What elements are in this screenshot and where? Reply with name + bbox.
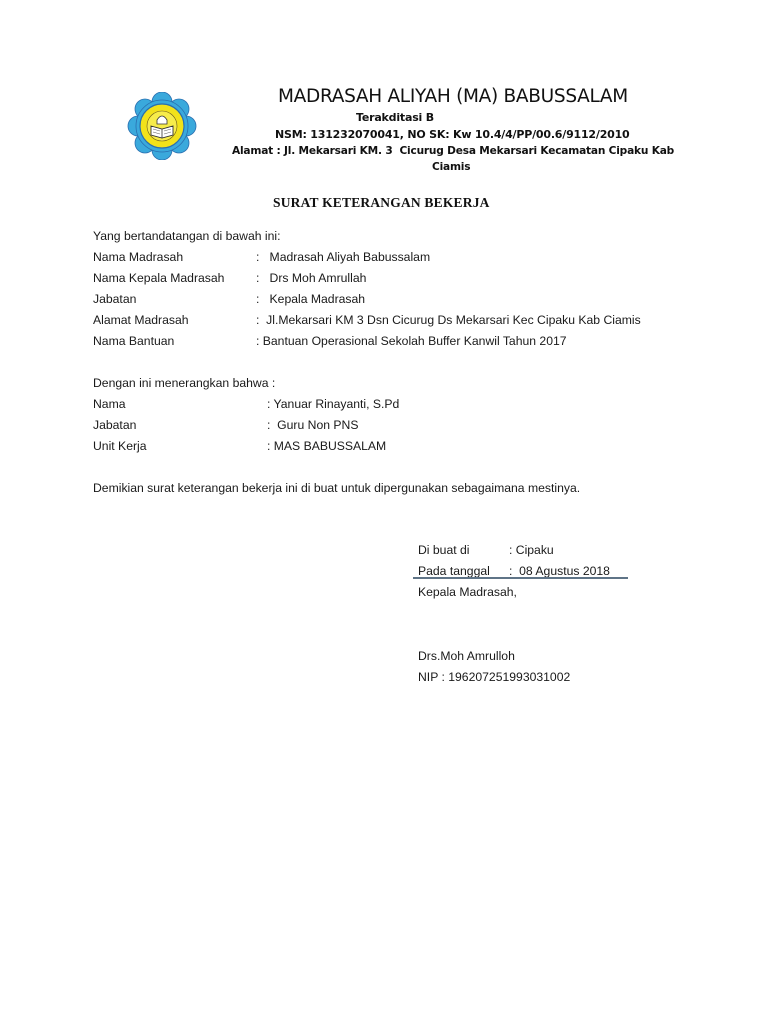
field-label: Nama [93, 397, 126, 411]
field-value: : Bantuan Operasional Sekolah Buffer Kan… [256, 334, 567, 348]
field-label: Nama Madrasah [93, 250, 183, 264]
intro-text: Yang bertandatangan di bawah ini: [93, 229, 280, 243]
field-value: : MAS BABUSSALAM [267, 439, 386, 453]
field-label: Jabatan [93, 292, 136, 306]
address-line-1: Alamat : Jl. Mekarsari KM. 3 Cicurug Des… [232, 145, 674, 157]
field-label: Alamat Madrasah [93, 313, 189, 327]
date-value: : 08 Agustus 2018 [509, 564, 610, 578]
field-value: : Kepala Madrasah [256, 292, 365, 306]
document-title: SURAT KETERANGAN BEKERJA [273, 195, 490, 211]
accreditation-text: Terakditasi B [356, 111, 434, 124]
field-label: Unit Kerja [93, 439, 147, 453]
field-value: : Yanuar Rinayanti, S.Pd [267, 397, 399, 411]
place-label: Di buat di [418, 543, 470, 557]
registration-text: NSM: 131232070041, NO SK: Kw 10.4/4/PP/0… [275, 128, 630, 141]
school-emblem-icon [126, 92, 198, 160]
school-name-heading: MADRASAH ALIYAH (MA) BABUSSALAM [278, 86, 628, 107]
field-label: Nama Kepala Madrasah [93, 271, 224, 285]
field-value: : Jl.Mekarsari KM 3 Dsn Cicurug Ds Mekar… [256, 313, 641, 327]
date-label: Pada tanggal [418, 564, 490, 578]
statement-intro: Dengan ini menerangkan bahwa : [93, 376, 275, 390]
field-value: : Guru Non PNS [267, 418, 358, 432]
date-underline [413, 577, 628, 579]
signatory-nip: NIP : 196207251993031002 [418, 670, 570, 684]
address-line-2: Ciamis [432, 161, 470, 173]
signatory-position: Kepala Madrasah, [418, 585, 517, 599]
field-label: Jabatan [93, 418, 136, 432]
signatory-name: Drs.Moh Amrulloh [418, 649, 515, 663]
closing-statement: Demikian surat keterangan bekerja ini di… [93, 481, 580, 495]
place-value: : Cipaku [509, 543, 554, 557]
field-label: Nama Bantuan [93, 334, 174, 348]
field-value: : Drs Moh Amrullah [256, 271, 366, 285]
field-value: : Madrasah Aliyah Babussalam [256, 250, 430, 264]
